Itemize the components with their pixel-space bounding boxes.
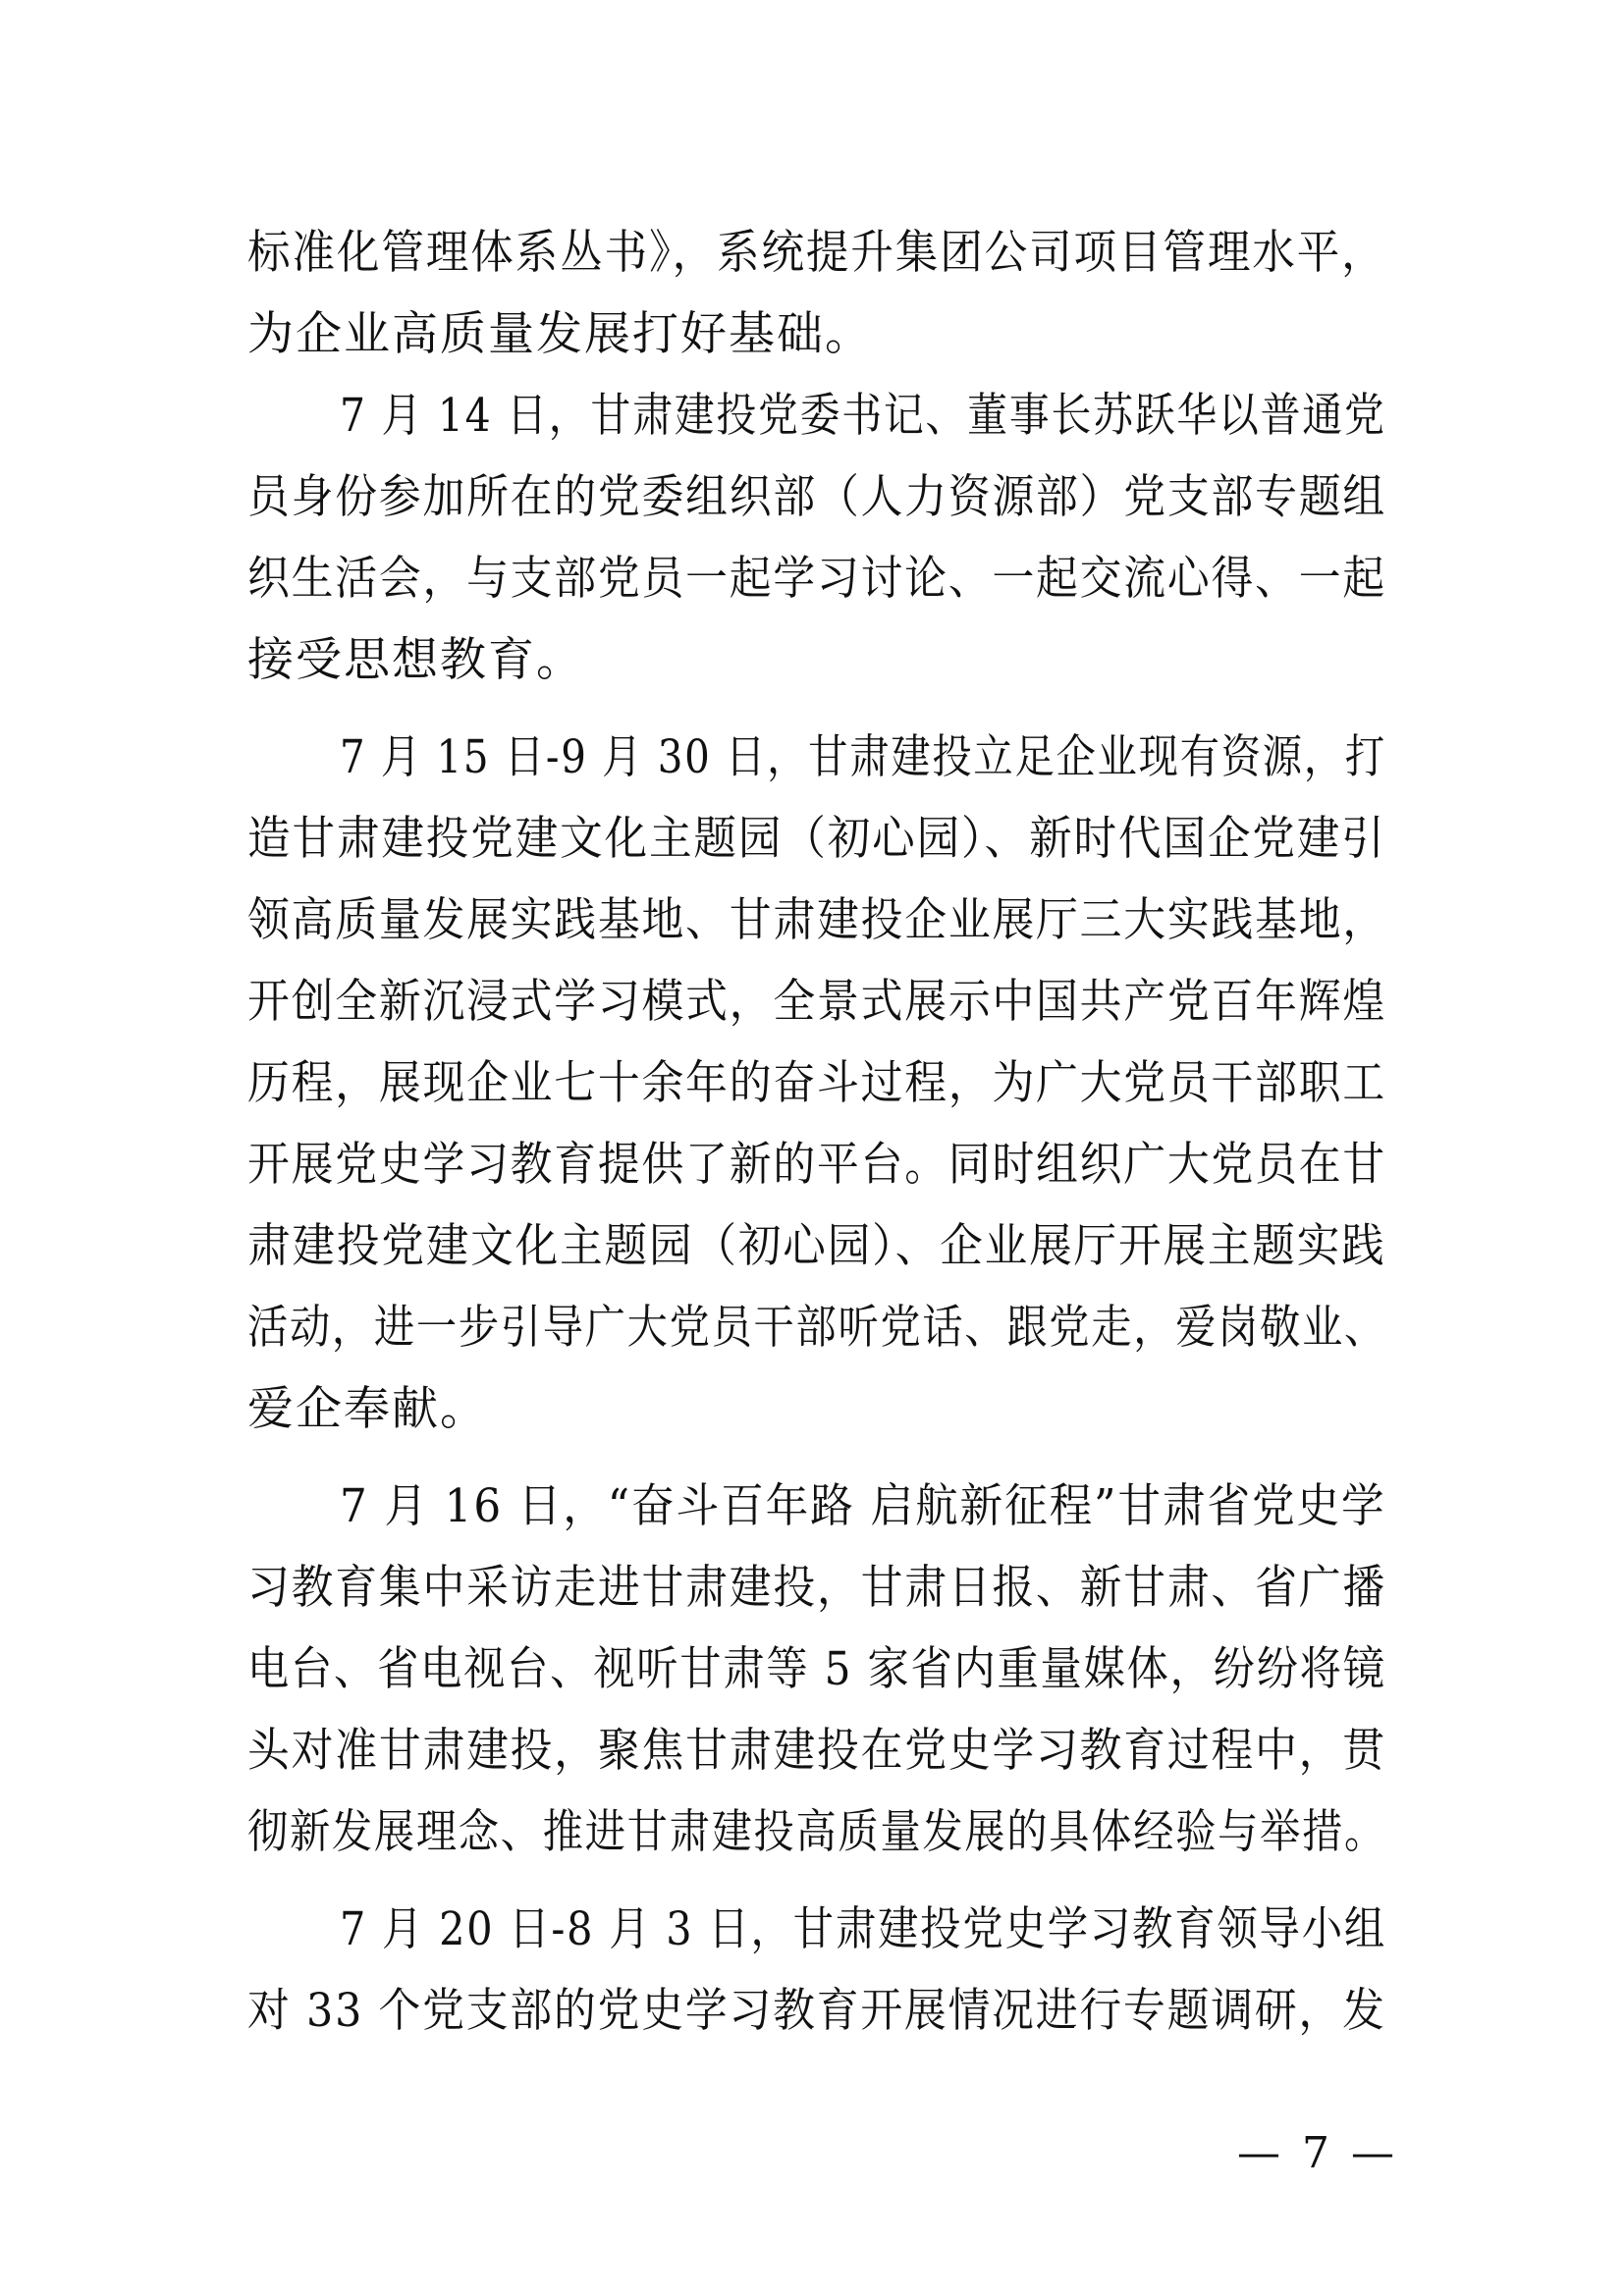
text-line-10: 开创全新沉浸式学习模式，全景式展示中国共产党百年辉煌 — [247, 973, 1386, 1032]
text-line-16-paragraph-start: 7 月 16 日，“奋斗百年路 启航新征程”甘肃省党史学 — [340, 1477, 1386, 1536]
text-line-13: 肃建投党建文化主题园（初心园）、企业展厅开展主题实践 — [247, 1217, 1386, 1276]
text-line-15: 爱企奉献。 — [247, 1380, 488, 1439]
text-line-17: 习教育集中采访走进甘肃建投，甘肃日报、新甘肃、省广播 — [247, 1559, 1386, 1618]
text-line-9: 领高质量发展实践基地、甘肃建投企业展厅三大实践基地， — [247, 891, 1386, 950]
text-line-5: 织生活会，与支部党员一起学习讨论、一起交流心得、一起 — [247, 550, 1386, 609]
text-line-12: 开展党史学习教育提供了新的平台。同时组织广大党员在甘 — [247, 1136, 1386, 1195]
page-number: — 7 — — [1237, 2124, 1394, 2183]
text-line-14: 活动，进一步引导广大党员干部听党话、跟党走，爱岗敬业、 — [247, 1299, 1386, 1358]
text-line-7-paragraph-start: 7 月 15 日-9 月 30 日，甘肃建投立足企业现有资源，打 — [340, 728, 1386, 787]
text-line-20: 彻新发展理念、推进甘肃建投高质量发展的具体经验与举措。 — [247, 1803, 1386, 1862]
text-line-21-paragraph-start: 7 月 20 日-8 月 3 日，甘肃建投党史学习教育领导小组 — [340, 1900, 1386, 1959]
text-line-22: 对 33 个党支部的党史学习教育开展情况进行专题调研，发 — [247, 1982, 1386, 2041]
text-line-19: 头对准甘肃建投，聚焦甘肃建投在党史学习教育过程中，贯 — [247, 1722, 1386, 1781]
document-page: 标准化管理体系丛书》，系统提升集团公司项目管理水平， 为企业高质量发展打好基础。… — [0, 0, 1624, 2296]
text-line-11: 历程，展现企业七十余年的奋斗过程，为广大党员干部职工 — [247, 1054, 1386, 1113]
text-line-3-paragraph-start: 7 月 14 日，甘肃建投党委书记、董事长苏跃华以普通党 — [340, 387, 1386, 446]
text-line-6: 接受思想教育。 — [247, 631, 584, 690]
text-line-8: 造甘肃建投党建文化主题园（初心园）、新时代国企党建引 — [247, 810, 1386, 869]
text-line-18: 电台、省电视台、视听甘肃等 5 家省内重量媒体，纷纷将镜 — [247, 1640, 1386, 1699]
text-line-2: 为企业高质量发展打好基础。 — [247, 305, 873, 364]
text-line-1: 标准化管理体系丛书》，系统提升集团公司项目管理水平， — [247, 224, 1386, 283]
text-line-4: 员身份参加所在的党委组织部（人力资源部）党支部专题组 — [247, 468, 1386, 527]
